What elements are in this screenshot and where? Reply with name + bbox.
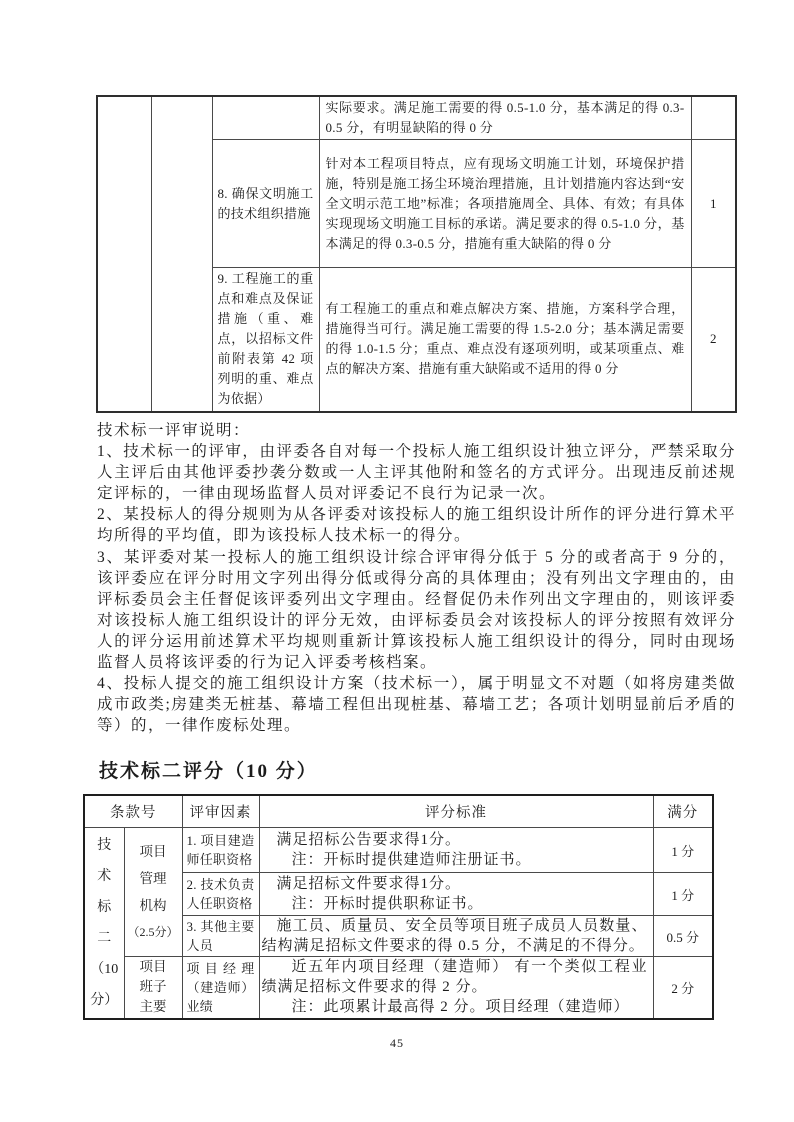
criteria-cell: 近五年内项目经理（建造师） 有一个类似工程业绩满足招标文件要求的得 2 分。 注… [259, 957, 653, 1019]
col-header-factor: 评审因素 [182, 795, 259, 828]
max-score-cell: 1 分 [653, 828, 713, 873]
criteria-cell: 满足招标公告要求得1分。 注：开标时提供建造师注册证书。 [259, 828, 653, 873]
factor-cell: 8. 确保文明施工的技术组织措施 [212, 140, 319, 268]
criteria-cell: 有工程施工的重点和难点解决方案、措施，方案科学合理，措施得当可行。满足施工需要的… [319, 268, 691, 412]
max-score-cell: 0.5 分 [653, 916, 713, 957]
col-header-max: 满分 [653, 795, 713, 828]
page-number: 45 [0, 1036, 794, 1051]
criteria-cell: 施工员、质量员、安全员等项目班子成员人员数量、结构满足招标文件要求的得 0.5 … [259, 916, 653, 957]
table-row: 项目 班子 主要 项目经理（建造师）业绩 近五年内项目经理（建造师） 有一个类似… [84, 957, 713, 1019]
row-group-label-tech-bid-2: 技 术 标 二 （10 分） [84, 828, 124, 1019]
row-group-label-project-management: 项目 管理 机构 （2.5分） [124, 828, 182, 957]
row-group-label-project-team: 项目 班子 主要 [124, 957, 182, 1019]
max-score-cell: 2 分 [653, 957, 713, 1019]
table-row: 实际要求。满足施工需要的得 0.5-1.0 分，基本满足的得 0.3-0.5 分… [97, 96, 736, 140]
criteria-cell: 针对本工程项目特点，应有现场文明施工计划，环境保护措施，特别是施工扬尘环境治理措… [319, 140, 691, 268]
note-item: 4、投标人提交的施工组织设计方案（技术标一），属于明显文不对题（如将房建类做成市… [97, 673, 736, 736]
note-item: 1、技术标一的评审，由评委各自对每一个投标人施工组织设计独立评分，严禁采取分人主… [97, 441, 736, 504]
factor-cell: 3. 其他主要人员 [182, 916, 259, 957]
col-header-clause: 条款号 [84, 795, 182, 828]
continuation-cell-col2 [151, 96, 212, 412]
document-page: 实际要求。满足施工需要的得 0.5-1.0 分，基本满足的得 0.3-0.5 分… [0, 0, 794, 1122]
score-cell: 2 [691, 268, 736, 412]
criteria-cell: 满足招标文件要求得1分。 注：开标时提供职称证书。 [259, 873, 653, 916]
factor-cell: 项目经理（建造师）业绩 [182, 957, 259, 1019]
factor-cell [212, 96, 319, 140]
note-item: 3、某评委对某一投标人的施工组织设计综合评审得分低于 5 分的或者高于 9 分的… [97, 547, 736, 674]
tech-bid-1-score-table: 实际要求。满足施工需要的得 0.5-1.0 分，基本满足的得 0.3-0.5 分… [96, 95, 737, 413]
notes-title: 技术标一评审说明： [97, 420, 736, 441]
factor-cell: 2. 技术负责人任职资格 [182, 873, 259, 916]
score-cell [691, 96, 736, 140]
tech-bid-1-review-notes: 技术标一评审说明： 1、技术标一的评审，由评委各自对每一个投标人施工组织设计独立… [97, 420, 736, 736]
score-cell: 1 [691, 140, 736, 268]
tech-bid-2-score-table: 条款号 评审因素 评分标准 满分 技 术 标 二 （10 分） 项目 管理 机构… [83, 794, 714, 1020]
criteria-cell: 实际要求。满足施工需要的得 0.5-1.0 分，基本满足的得 0.3-0.5 分… [319, 96, 691, 140]
max-score-cell: 1 分 [653, 873, 713, 916]
table-row: 技 术 标 二 （10 分） 项目 管理 机构 （2.5分） 1. 项目建造师任… [84, 828, 713, 873]
note-item: 2、某投标人的得分规则为从各评委对该投标人的施工组织设计所作的评分进行算术平均所… [97, 504, 736, 546]
section-heading: 技术标二评分（10 分） [99, 756, 318, 783]
factor-cell: 1. 项目建造师任职资格 [182, 828, 259, 873]
continuation-cell-col1 [97, 96, 151, 412]
col-header-criteria: 评分标准 [259, 795, 653, 828]
table-header-row: 条款号 评审因素 评分标准 满分 [84, 795, 713, 828]
factor-cell: 9. 工程施工的重点和难点及保证措施（重、难点，以招标文件前附表第 42 项列明… [212, 268, 319, 412]
